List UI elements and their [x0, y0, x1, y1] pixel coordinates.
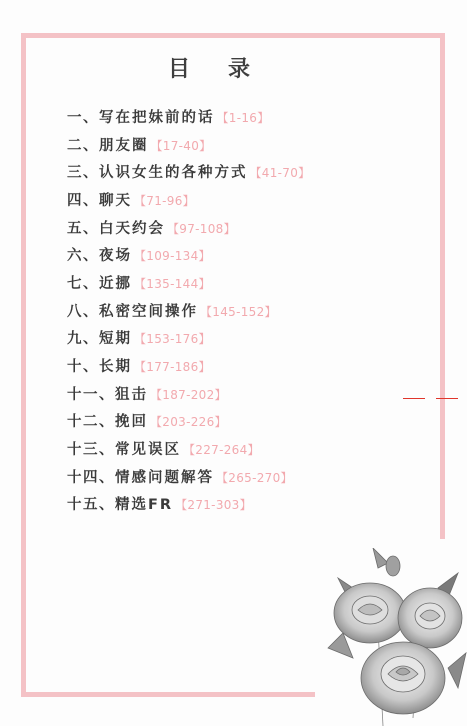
toc-number: 十一、 — [67, 383, 115, 407]
toc-label: 夜场 — [99, 244, 132, 268]
toc-label: 近挪 — [99, 272, 132, 296]
toc-pages: 【177-186】 — [134, 355, 211, 379]
toc-label: 短期 — [99, 327, 132, 351]
toc-pages: 【265-270】 — [216, 466, 293, 490]
frame-border-left — [21, 33, 26, 697]
toc-entry[interactable]: 六、夜场【109-134】 — [67, 242, 310, 270]
toc-label: 长期 — [99, 355, 132, 379]
frame-border-right — [440, 33, 445, 539]
toc-pages: 【203-226】 — [150, 410, 227, 434]
toc-entry[interactable]: 十二、挽回【203-226】 — [67, 409, 310, 437]
toc-entry[interactable]: 一、写在把妹前的话【1-16】 — [67, 104, 310, 132]
toc-entry[interactable]: 十一、狙击【187-202】 — [67, 381, 310, 409]
toc-entry[interactable]: 七、近挪【135-144】 — [67, 270, 310, 298]
toc-number: 六、 — [67, 244, 99, 268]
toc-pages: 【227-264】 — [183, 438, 260, 462]
toc-entry[interactable]: 十四、情感问题解答【265-270】 — [67, 464, 310, 492]
toc-entry[interactable]: 三、认识女生的各种方式【41-70】 — [67, 159, 310, 187]
rose-sketch-icon — [318, 548, 467, 726]
toc-label: 朋友圈 — [99, 134, 149, 158]
toc-entry[interactable]: 四、聊天【71-96】 — [67, 187, 310, 215]
toc-number: 九、 — [67, 327, 99, 351]
toc-entry[interactable]: 五、白天约会【97-108】 — [67, 215, 310, 243]
toc-pages: 【135-144】 — [134, 272, 211, 296]
toc-label: 私密空间操作 — [99, 300, 198, 324]
toc-pages: 【41-70】 — [250, 161, 311, 185]
toc-label: 精选FR — [115, 493, 173, 517]
toc-label: 白天约会 — [99, 217, 165, 241]
toc-number: 十四、 — [67, 466, 115, 490]
title-char-2: 录 — [228, 52, 250, 83]
toc-entry[interactable]: 十、长期【177-186】 — [67, 353, 310, 381]
toc-pages: 【145-152】 — [200, 300, 277, 324]
toc-number: 十二、 — [67, 410, 115, 434]
toc-number: 四、 — [67, 189, 99, 213]
toc-pages: 【17-40】 — [151, 134, 212, 158]
toc-number: 七、 — [67, 272, 99, 296]
toc-label: 写在把妹前的话 — [99, 106, 215, 130]
toc-entry[interactable]: 二、朋友圈【17-40】 — [67, 132, 310, 160]
toc-number: 十五、 — [67, 493, 115, 517]
toc-entry[interactable]: 八、私密空间操作【145-152】 — [67, 298, 310, 326]
toc-label: 狙击 — [115, 383, 148, 407]
toc-pages: 【109-134】 — [134, 244, 211, 268]
toc-number: 八、 — [67, 300, 99, 324]
toc-pages: 【97-108】 — [167, 217, 236, 241]
frame-border-top — [21, 33, 445, 38]
title-char-1: 目 — [168, 52, 190, 83]
red-dash-mark — [403, 398, 467, 399]
toc-entry[interactable]: 十三、常见误区【227-264】 — [67, 436, 310, 464]
toc-pages: 【271-303】 — [175, 493, 252, 517]
toc-entry[interactable]: 九、短期【153-176】 — [67, 326, 310, 354]
page-title: 目 录 — [168, 52, 250, 82]
toc-number: 一、 — [67, 106, 99, 130]
toc-number: 五、 — [67, 217, 99, 241]
table-of-contents: 一、写在把妹前的话【1-16】 二、朋友圈【17-40】 三、认识女生的各种方式… — [67, 104, 310, 519]
toc-label: 聊天 — [99, 189, 132, 213]
toc-entry[interactable]: 十五、精选FR【271-303】 — [67, 492, 310, 520]
toc-number: 二、 — [67, 134, 99, 158]
toc-number: 三、 — [67, 161, 99, 185]
toc-pages: 【71-96】 — [134, 189, 195, 213]
frame-border-bottom — [21, 692, 315, 697]
toc-pages: 【187-202】 — [150, 383, 227, 407]
toc-number: 十、 — [67, 355, 99, 379]
toc-pages: 【153-176】 — [134, 327, 211, 351]
toc-label: 情感问题解答 — [115, 466, 214, 490]
toc-label: 常见误区 — [115, 438, 181, 462]
toc-pages: 【1-16】 — [217, 106, 270, 130]
toc-label: 挽回 — [115, 410, 148, 434]
toc-number: 十三、 — [67, 438, 115, 462]
toc-label: 认识女生的各种方式 — [99, 161, 248, 185]
